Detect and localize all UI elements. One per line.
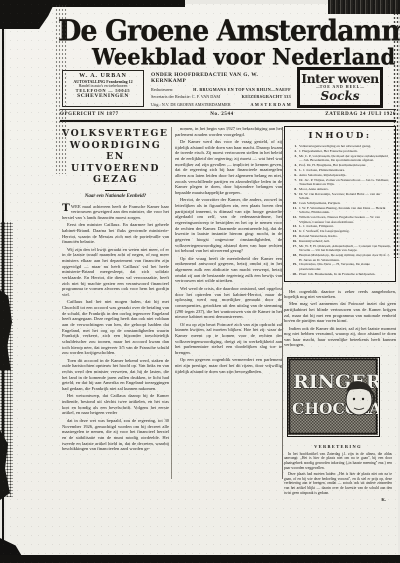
inhoud-item-number: 12.: [289, 215, 299, 224]
article-column-3: Het oogenblik daartoe is zeker reeds aan…: [284, 289, 396, 349]
correction-paragraph: In het hoofdartikel van Zaterdag j.l. zi…: [284, 452, 392, 471]
article-paragraph: Toen dit accoord in de Kamer bekend werd…: [62, 358, 169, 392]
scan-artifact-top-strip: [0, 0, 185, 7]
article-column-2: nomen, in het begin van 1927 ter bekrach…: [175, 126, 282, 482]
inhoud-item-text: Plaat: Joh. Braakensiek, In de Fransche …: [299, 272, 391, 276]
interwoven-product: Socks: [300, 90, 380, 102]
headline-line: UITVOEREND GEZAG: [62, 163, 169, 186]
article-lead-paragraph: TWEE maal achtereen heeft de Fransche Ka…: [62, 204, 169, 221]
inhoud-item: 8. Moor, Anna Amears.: [289, 187, 391, 191]
newspaper-subtitle: Weekblad voor Nederland: [58, 45, 392, 67]
editor-in-chief-line: ONDER HOOFDREDACTIE VAN G. W. KERNKAMP: [151, 72, 291, 84]
inhoud-item-text: Dr. Jac. P. Thijsse, Zomer en Natuurscho…: [299, 178, 391, 187]
column-1-paragraphs: Eerst den minister Caillaux. En daarmee …: [62, 222, 169, 452]
ringers-chocolade-ad: RINGERS' CHOCOLADE: [287, 357, 380, 437]
inhoud-item: 5. L. J. Jordaan, Philatelistenbeurs.: [289, 168, 391, 172]
article-paragraph: Wij zijn den tel kwijt geraakt en weten …: [62, 247, 169, 298]
inhoud-item: 17. Mr. W. F. H. Oldewelt, Amsterdamsch …: [289, 244, 391, 253]
article-paragraph: Of nu op zijn beurt Poincaré zich van zi…: [175, 322, 282, 356]
inhoud-item-text: Roland Westerbaan, Radio.: [299, 234, 391, 238]
inhoud-list: 1. Volksvertegenwoordiging en het uitvoe…: [289, 144, 391, 276]
inhoud-item-number: 13.: [289, 224, 299, 228]
inhoud-item-number: 5.: [289, 168, 299, 172]
inhoud-item: 6. Anita Salomons, Rijwielparadijs.: [289, 173, 391, 177]
article-paragraph: dat in deze wet was bepaald, zou de rege…: [62, 418, 169, 452]
inhoud-item: 18. Herman Middendorp, De eenig militair…: [289, 253, 391, 262]
publisher-label: Uitg.: N.V. DE GROENE AMSTERDAMMER: [151, 102, 231, 107]
publisher-line: Uitg.: N.V. DE GROENE AMSTERDAMMER A M S…: [151, 102, 291, 107]
colophon: ONDER HOOFDREDACTIE VAN G. W. KERNKAMP R…: [151, 72, 291, 109]
inhoud-item-number: 6.: [289, 173, 299, 177]
article-paragraph: De Kamer werd dus voor de vraag gesteld,…: [175, 139, 282, 196]
inhoud-item-number: 3.: [289, 154, 299, 163]
inhoud-item-number: 10.: [289, 201, 299, 205]
scan-artifact-bottom-bar: [0, 555, 400, 563]
inhoud-item: 19. Charivarius, Dia-Varia — H. Verwante…: [289, 262, 391, 271]
inhoud-item-number: 9.: [289, 192, 299, 201]
inhoud-item-text: Prof. Dr. H. Brugmans, Het Karthuizerklo…: [299, 163, 391, 167]
inhoud-item-number: 1.: [289, 144, 299, 148]
headline-divider: [105, 190, 127, 191]
urban-ad-city: SCHEVENINGEN: [63, 93, 143, 99]
issue-number: No. 2544: [210, 112, 233, 117]
issue-info-row: OPGERICHT IN 1877 No. 2544 ZATERDAG 24 J…: [60, 112, 396, 117]
inhoud-item: 14. Ir. J. Verhoeff, De Gasprijsregeling…: [289, 229, 391, 233]
inhoud-item-number: 19.: [289, 262, 299, 271]
inhoud-item-number: 11.: [289, 206, 299, 215]
inhoud-item: 4. Prof. Dr. H. Brugmans, Het Karthuizer…: [289, 163, 391, 167]
article-paragraph: Eerst den minister Caillaux. En daarmee …: [62, 222, 169, 245]
scan-artifact-top-right: [328, 0, 400, 14]
inhoud-item-text: L. J. Jordaan, Filmprent.: [299, 224, 391, 228]
lead-text: WEE maal achtereen heeft de Fransche Kam…: [62, 204, 169, 220]
headline-line: WOORDIGING EN: [62, 140, 169, 163]
correction-paragraph: Deze plaats had moeten luiden: „Het is h…: [284, 472, 392, 496]
ringers-ad-illustration: RINGERS' CHOCOLADE: [288, 358, 378, 435]
inhoud-item: 1. Volksvertegenwoordiging en het uitvoe…: [289, 144, 391, 148]
scan-artifact-right-speckle: [393, 8, 400, 258]
inhoud-item-number: 14.: [289, 229, 299, 233]
inhoud-item-text: J. W. F. Werumeus Buning, Kroniek van de…: [299, 206, 391, 215]
editors-line: Redacteuren: H. BRUGMANS EN TOP VAN RHIJ…: [151, 87, 291, 92]
headline-line: VOLKSVERTEGEN-: [62, 128, 169, 140]
interwoven-ad-box: Inter woven TOE AND HEEL Socks: [297, 67, 383, 108]
correction-paragraphs: In het hoofdartikel van Zaterdag j.l. zi…: [284, 452, 392, 496]
inhoud-item-text: Cees Schrijnemans, Parijzen.: [299, 201, 391, 205]
article-paragraph: Indien ook de Kamer dit inziet, zal zij …: [284, 326, 396, 348]
inhoud-item-number: 20.: [289, 272, 299, 276]
inhoud-item-text: L. J. Jordaan, Philatelistenbeurs.: [299, 168, 391, 172]
inhoud-item-number: 7.: [289, 178, 299, 187]
article-paragraph: Herriot, de voorzitter der Kamer, die an…: [175, 197, 282, 254]
editors-names: H. BRUGMANS EN TOP VAN RHIJN—NAEFF: [193, 87, 291, 92]
correction-section: VERBETERING In het hoofdartikel van Zate…: [284, 444, 392, 502]
editors-label: Redacteuren:: [151, 87, 173, 92]
issue-date: ZATERDAG 24 JULI 1926: [325, 112, 396, 117]
inhoud-title: INHOUD:: [289, 131, 391, 141]
inhoud-item: 16. Kunstnijverheid; Arti.: [289, 239, 391, 243]
article-column-1: VOLKSVERTEGEN- WOORDIGING EN UITVOEREND …: [62, 126, 169, 482]
divider-rule-thick: [60, 120, 396, 123]
interwoven-brand: Inter woven: [300, 72, 380, 85]
secretary-line: Secretaris der Redactie: C. F. VAN DAM K…: [151, 94, 291, 99]
article-paragraph: Op die vraag heeft de meerderheid der Ka…: [175, 256, 282, 284]
inhoud-item-number: 8.: [289, 187, 299, 191]
inhoud-item: 2. J. Hergesheimer, Het Fransche problee…: [289, 149, 391, 153]
inhoud-item: 13. L. J. Jordaan, Filmprent.: [289, 224, 391, 228]
inhoud-item-text: Anita Salomons, Rijwielparadijs.: [299, 173, 391, 177]
inhoud-item-number: 2.: [289, 149, 299, 153]
article-headline: VOLKSVERTEGEN- WOORDIGING EN UITVOEREND …: [62, 128, 169, 186]
inhoud-item: 3. Mr. C. P. van Rossem, De moed der spo…: [289, 154, 391, 163]
article-paragraph: Op een gegeven oogenblik vermeerdert een…: [175, 357, 282, 374]
scanned-newspaper-page: De Groene Amsterdammer Weekblad voor Ned…: [0, 0, 400, 563]
author-initial: K.: [284, 497, 392, 502]
inhoud-item: 15. Roland Westerbaan, Radio.: [289, 234, 391, 238]
address: KEIZERSGRACHT 333: [242, 94, 291, 99]
inhoud-item-text: Volksvertegenwoordiging en het uitvoeren…: [299, 144, 391, 148]
article-paragraph: Het oogenblik daartoe is zeker reeds aan…: [284, 289, 396, 300]
masthead: De Groene Amsterdammer Weekblad voor Ned…: [58, 18, 392, 67]
urban-ad-box: W. A. URBAN AUTOSTALLING Frankenslag 12 …: [62, 70, 144, 107]
article-paragraph: nomen, in het begin van 1927 ter bekrach…: [175, 126, 282, 137]
inhoud-item: 7. Dr. Jac. P. Thijsse, Zomer en Natuurs…: [289, 178, 391, 187]
inhoud-item-text: Herman Middendorp, De eenig militair, me…: [299, 253, 391, 262]
inhoud-item: 10. Cees Schrijnemans, Parijzen.: [289, 201, 391, 205]
inhoud-item: 20. Plaat: Joh. Braakensiek, In de Frans…: [289, 272, 391, 276]
inhoud-box: INHOUD: 1. Volksvertegenwoordiging en he…: [284, 126, 396, 282]
inhoud-item-text: Mr. W. F. H. Oldewelt, Amsterdamsch — Co…: [299, 244, 391, 253]
inhoud-item-number: 16.: [289, 239, 299, 243]
inhoud-item-text: Dr. W. van Ravesteijn, Socrates; Roland …: [299, 192, 391, 201]
inhoud-item-number: 17.: [289, 244, 299, 253]
newspaper-title: De Groene Amsterdammer: [58, 17, 392, 46]
correction-title: VERBETERING: [284, 444, 392, 449]
secretary-label: Secretaris der Redactie: C. F. VAN DAM: [151, 94, 220, 99]
inhoud-item: 11. J. W. F. Werumeus Buning, Kroniek va…: [289, 206, 391, 215]
article-paragraph: Men mag wel aannemen dat Poincaré inziet…: [284, 301, 396, 323]
inhoud-item-text: Moor, Anna Amears.: [299, 187, 391, 191]
inhoud-item-text: Ir. J. Verhoeff, De Gasprijsregeling.: [299, 229, 391, 233]
founded-label: OPGERICHT IN 1877: [60, 112, 119, 117]
inhoud-item: 12. Willem van Doorn, Nieuwe Engelsche b…: [289, 215, 391, 224]
right-sidebar: INHOUD: 1. Volksvertegenwoordiging en he…: [284, 126, 396, 502]
inhoud-item-text: J. Hergesheimer, Het Fransche probleem.: [299, 149, 391, 153]
article-paragraph: Wel werd de crisis, die daardoor ontston…: [175, 286, 282, 320]
inhoud-item: 9. Dr. W. van Ravesteijn, Socrates; Rola…: [289, 192, 391, 201]
inhoud-item-text: Kunstnijverheid; Arti.: [299, 239, 391, 243]
inhoud-item-text: Charivarius, Dia-Varia — H. Verwante, De…: [299, 262, 391, 271]
inhoud-item-text: Mr. C. P. van Rossem, De moed der sporti…: [299, 154, 391, 163]
article-paragraph: Het wetsontwerp, dat Caillaux daarop bij…: [62, 393, 169, 416]
column-2-paragraphs: nomen, in het begin van 1927 ter bekrach…: [175, 126, 282, 374]
article-subtitle: Naar een Nationale Eenheid?: [62, 194, 169, 199]
inhoud-item-number: 4.: [289, 163, 299, 167]
inhoud-item-number: 15.: [289, 234, 299, 238]
inhoud-item-text: Willem van Doorn, Nieuwe Engelsche boeke…: [299, 215, 391, 224]
scan-artifact-margin-noise: [55, 4, 67, 174]
column-rule: [171, 127, 172, 479]
inhoud-item-number: 18.: [289, 253, 299, 262]
article-paragraph: Caillaux had het niet mogen halen, dat h…: [62, 299, 169, 356]
drop-cap: T: [62, 204, 71, 214]
publisher-city: A M S T E R D A M: [250, 102, 291, 107]
divider-rule-thin: [60, 109, 396, 110]
